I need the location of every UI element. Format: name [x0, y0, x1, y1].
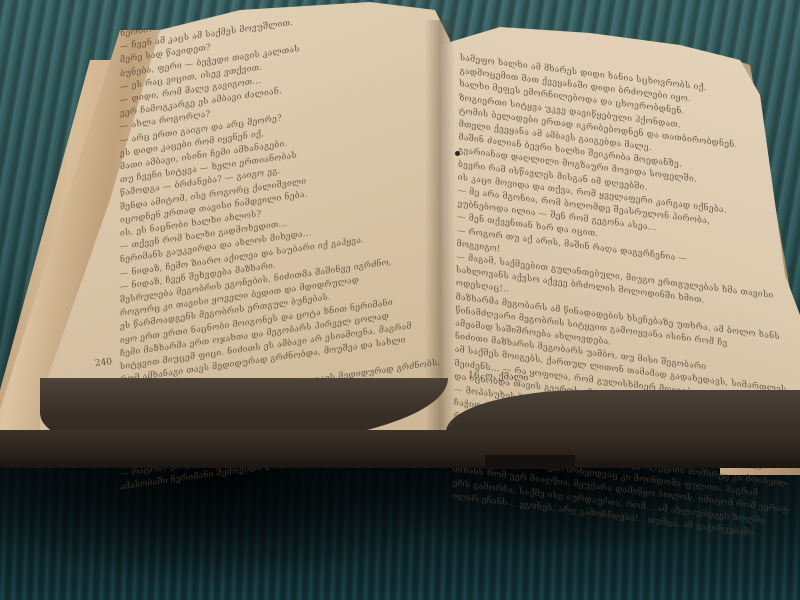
worn-spine-patch: [485, 455, 575, 469]
book-bottom-edge: [0, 430, 800, 468]
page-number: 240: [95, 357, 113, 369]
right-page-text: სამეფო ხალხი ამ მხარეს დიდი ხანია სცხოვრ…: [452, 52, 800, 545]
ink-dot: [455, 151, 460, 156]
